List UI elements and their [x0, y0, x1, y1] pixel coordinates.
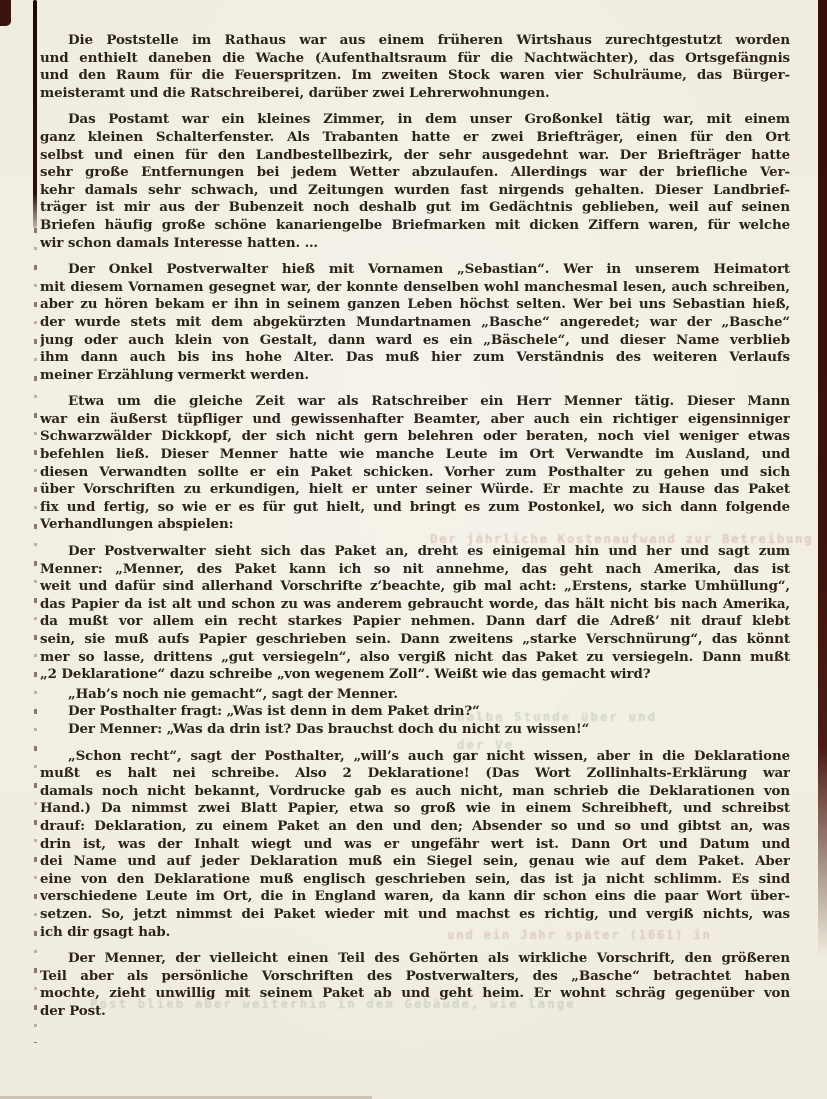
text-line: drin ist, was der Inhalt wiegt und was e…	[40, 836, 790, 854]
gutter-shadow-line	[33, 0, 37, 228]
scanned-book-page: Der jährliche Kostenaufwand zur Betreibu…	[0, 0, 827, 1099]
paragraph: Der Menner: „Was da drin ist? Das brauch…	[40, 721, 790, 739]
text-line: setzen. So, jetzt nimmst dei Paket wiede…	[40, 906, 790, 924]
paragraph: „Schon recht“, sagt der Posthalter, „wil…	[40, 748, 790, 942]
page-edge-right	[818, 0, 827, 958]
text-line: Etwa um die gleiche Zeit war als Ratschr…	[40, 393, 790, 411]
text-line: war ein äußerst tüpfliger und gewissenha…	[40, 411, 790, 429]
text-line: dei Name und auf jeder Deklaration muß e…	[40, 853, 790, 871]
text-line: „2 Deklaratione“ dazu schreibe „von wege…	[40, 666, 790, 684]
text-line: mit diesem Vornamen gesegnet war, der ko…	[40, 279, 790, 297]
text-line: fix und fertig, so wie er es für gut hie…	[40, 499, 790, 517]
text-line: Der Menner, der vielleicht einen Teil de…	[40, 950, 790, 968]
text-line: damals noch nicht bekannt, Vordrucke gab…	[40, 783, 790, 801]
text-line: drauf: Deklaration, zu einem Paket an de…	[40, 818, 790, 836]
text-line: Menner: „Menner, des Paket kann ich so n…	[40, 561, 790, 579]
text-line: und enthielt daneben die Wache (Aufentha…	[40, 50, 790, 68]
text-line: über Vorschriften zu erkundigen, hielt e…	[40, 481, 790, 499]
text-line: Hand.) Da nimmst zwei Blatt Papier, etwa…	[40, 800, 790, 818]
text-line: verschiedene Leute im Ort, die in Englan…	[40, 888, 790, 906]
text-line: Der Postverwalter sieht sich das Paket a…	[40, 543, 790, 561]
text-line: mer so lasse, drittens „gut versiegeln“,…	[40, 649, 790, 667]
paragraph: „Hab’s noch nie gemacht“, sagt der Menne…	[40, 686, 790, 704]
text-line: selbst und einen für den Landbestellbezi…	[40, 147, 790, 165]
text-line: weit und dafür sind allerhand Vorschrift…	[40, 578, 790, 596]
text-line: der wurde stets mit dem abgekürzten Mund…	[40, 314, 790, 332]
text-line: Verhandlungen abspielen:	[40, 516, 790, 534]
paragraph: Der Posthalter fragt: „Was ist denn in d…	[40, 703, 790, 721]
text-line: Der Posthalter fragt: „Was ist denn in d…	[40, 703, 790, 721]
text-line: diesen Verwandten sollte er ein Paket sc…	[40, 464, 790, 482]
text-line: wir schon damals Interesse hatten. …	[40, 235, 790, 253]
text-line: sein, sie muß aufs Papier geschrieben se…	[40, 631, 790, 649]
text-line: ganz kleinen Schalterfenster. Als Traban…	[40, 129, 790, 147]
text-line: kehr damals sehr schwach, und Zeitungen …	[40, 182, 790, 200]
text-line: meiner Erzählung vermerkt werden.	[40, 367, 790, 385]
text-line: Schwarzwälder Dickkopf, der sich nicht g…	[40, 428, 790, 446]
text-line: mußt es halt nei schreibe. Also 2 Deklar…	[40, 765, 790, 783]
text-line: Teil aber als persönliche Vorschriften d…	[40, 968, 790, 986]
text-line: mochte, zieht unwillig mit seinem Paket …	[40, 985, 790, 1003]
text-line: Briefen häufig große schöne kanariengelb…	[40, 217, 790, 235]
text-line: und den Raum für die Feuerspritzen. Im z…	[40, 67, 790, 85]
text-line: meisteramt und die Ratschreiberei, darüb…	[40, 85, 790, 103]
text-line: der Post.	[40, 1003, 790, 1021]
text-line: „Hab’s noch nie gemacht“, sagt der Menne…	[40, 686, 790, 704]
text-block: Die Poststelle im Rathaus war aus einem …	[40, 32, 790, 1020]
paragraph: Etwa um die gleiche Zeit war als Ratschr…	[40, 393, 790, 534]
paragraph: Das Postamt war ein kleines Zimmer, in d…	[40, 111, 790, 252]
paragraph: Der Postverwalter sieht sich das Paket a…	[40, 543, 790, 684]
page-edge-corner	[0, 0, 11, 26]
text-line: „Schon recht“, sagt der Posthalter, „wil…	[40, 748, 790, 766]
text-line: Der Menner: „Was da drin ist? Das brauch…	[40, 721, 790, 739]
text-line: jung oder auch klein von Gestalt, dann w…	[40, 332, 790, 350]
text-line: Der Onkel Postverwalter hieß mit Vorname…	[40, 261, 790, 279]
text-line: das Papier da ist alt und schon zu was a…	[40, 596, 790, 614]
text-line: träger ist mir aus der Bubenzeit noch de…	[40, 199, 790, 217]
text-line: aber zu hören bekam er ihn in seinem gan…	[40, 296, 790, 314]
text-line: eine von den Deklaratione muß englisch g…	[40, 871, 790, 889]
paragraph: Der Onkel Postverwalter hieß mit Vorname…	[40, 261, 790, 384]
gutter-shadow-dashes	[34, 228, 37, 1043]
paragraph: Die Poststelle im Rathaus war aus einem …	[40, 32, 790, 102]
text-line: da mußt vor allem ein recht starkes Papi…	[40, 613, 790, 631]
text-line: ihm dann auch bis ins hohe Alter. Das mu…	[40, 349, 790, 367]
paragraph: Der Menner, der vielleicht einen Teil de…	[40, 950, 790, 1020]
text-line: Das Postamt war ein kleines Zimmer, in d…	[40, 111, 790, 129]
text-line: sehr große Entfernungen bei jedem Wetter…	[40, 164, 790, 182]
text-line: Die Poststelle im Rathaus war aus einem …	[40, 32, 790, 50]
text-line: ich dir gsagt hab.	[40, 924, 790, 942]
text-line: befehlen ließ. Dieser Menner hatte wie m…	[40, 446, 790, 464]
